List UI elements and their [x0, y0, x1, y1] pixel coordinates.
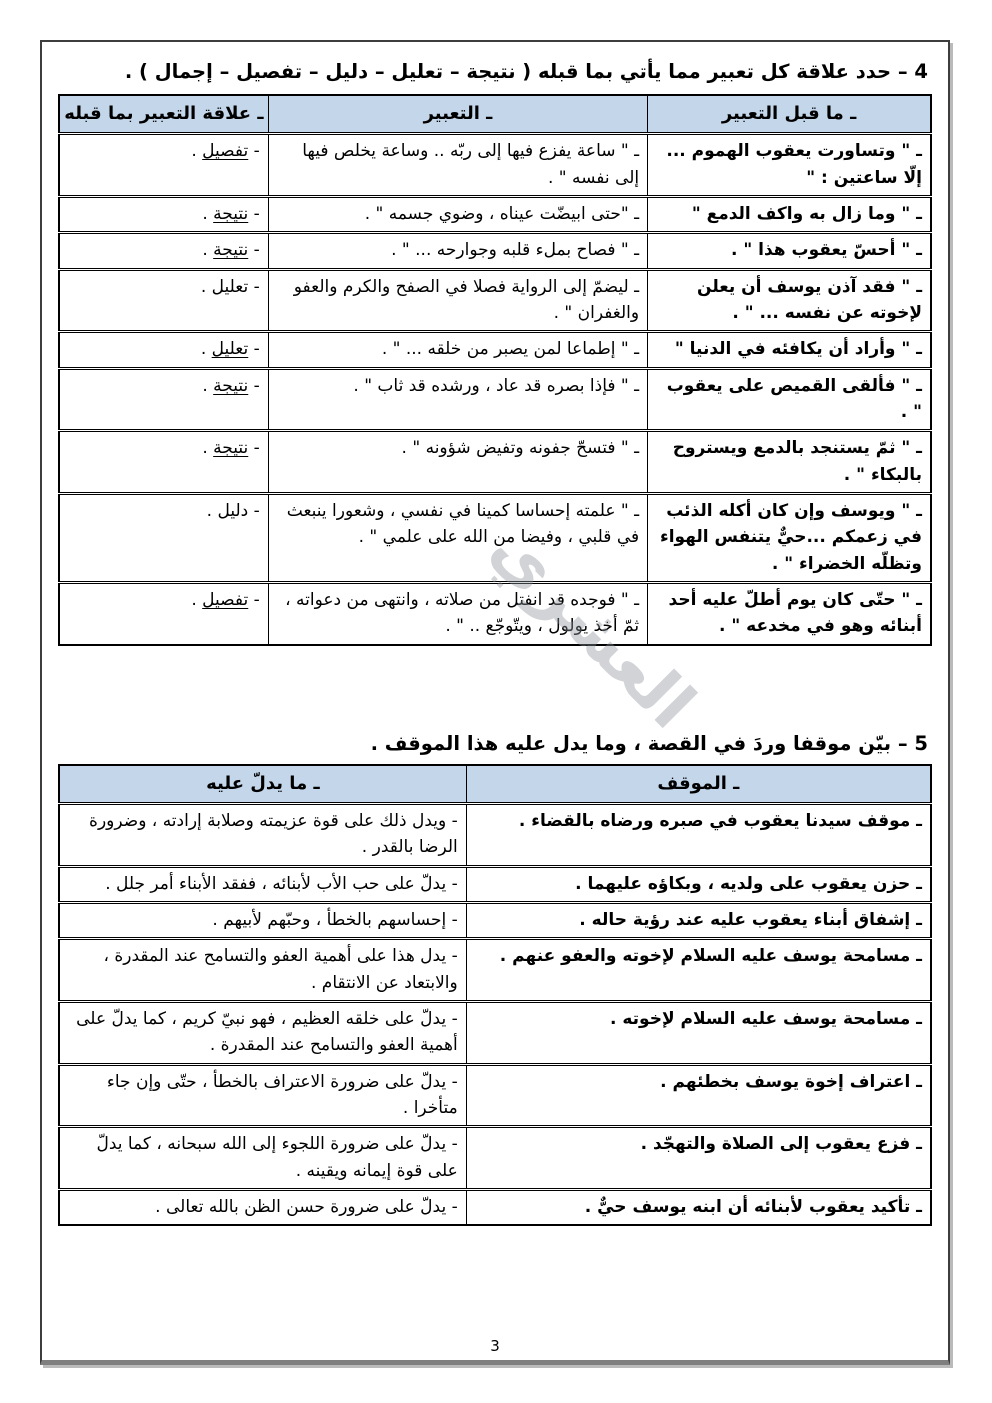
relation-period: .: [201, 339, 212, 359]
table-row: ـ موقف سيدنا يعقوب في صبره ورضاه بالقضاء…: [59, 803, 931, 866]
cell-situation: ـ اعتراف إخوة يوسف بخطئهم .: [466, 1064, 931, 1127]
cell-before: ـ " وتساورت يعقوب الهموم ... إلّا ساعتين…: [648, 134, 931, 197]
page-border: 4 – حدد علاقة كل تعبير مما يأتي بما قبله…: [40, 40, 950, 1365]
cell-before: ـ " فقد آذن يوسف أن يعلن لإخوته عن نفسه …: [648, 269, 931, 332]
situations-table: ـ الموقف ـ ما يدلّ عليه ـ موقف سيدنا يعق…: [58, 764, 932, 1226]
relations-table: ـ ما قبل التعبير ـ التعبير ـ علاقة التعب…: [58, 94, 932, 645]
table-row: ـ حزن يعقوب على ولديه ، وبكاؤه عليهما . …: [59, 866, 931, 902]
cell-situation: ـ حزن يعقوب على ولديه ، وبكاؤه عليهما .: [466, 866, 931, 902]
table-row: ـ " فألقى القميص على يعقوب " . ـ " فإذا …: [59, 368, 931, 431]
cell-expression: ـ " ساعة يفزع فيها إلى ربّه .. وساعة يخل…: [268, 134, 647, 197]
table-row: ـ إشفاق أبناء يعقوب عليه عند رؤية حاله .…: [59, 902, 931, 938]
page-content: 4 – حدد علاقة كل تعبير مما يأتي بما قبله…: [42, 42, 948, 1226]
table-row: ـ " ثمّ يستنجد بالدمع ويستروح بالبكاء " …: [59, 431, 931, 494]
cell-expression: ـ "حتى ابيضّت عيناه ، وضوي جسمه " .: [268, 196, 647, 232]
header-relation: ـ علاقة التعبير بما قبله: [59, 95, 268, 133]
cell-relation: - نتيجة .: [59, 196, 268, 232]
table-row: ـ " وتساورت يعقوب الهموم ... إلّا ساعتين…: [59, 134, 931, 197]
cell-expression: ـ " فإذا بصره قد عاد ، ورشده قد ثاب " .: [268, 368, 647, 431]
cell-relation: - تعليل .: [59, 332, 268, 368]
relation-period: .: [207, 501, 218, 521]
cell-indication: - يدل هذا على أهمية العفو والتسامح عند ا…: [59, 939, 466, 1002]
cell-relation: - تفصيل .: [59, 134, 268, 197]
cell-indication: - يدلّ على خلقه العظيم ، فهو نبيّ كريم ،…: [59, 1001, 466, 1064]
relation-period: .: [191, 141, 202, 161]
cell-relation: - دليل .: [59, 493, 268, 582]
relation-period: .: [191, 590, 202, 610]
relation-word: نتيجة: [213, 376, 248, 396]
table-row: ـ مسامحة يوسف عليه السلام لإخوته . - يدل…: [59, 1001, 931, 1064]
relation-word: نتيجة: [213, 204, 248, 224]
header-indication: ـ ما يدلّ عليه: [59, 765, 466, 803]
cell-indication: - يدلّ على ضرورة حسن الظن بالله تعالى .: [59, 1190, 466, 1226]
relation-word: تعليل: [212, 339, 249, 359]
cell-relation: - تعليل .: [59, 269, 268, 332]
table-row: ـ " وأراد أن يكافئه في الدنيا " ـ " إطما…: [59, 332, 931, 368]
relation-word: تفصيل: [202, 590, 248, 610]
cell-indication: - يدلّ على ضرورة الاعتراف بالخطأ ، حتّى …: [59, 1064, 466, 1127]
cell-indication: - يدلّ على ضرورة اللجوء إلى الله سبحانه …: [59, 1127, 466, 1190]
cell-before: ـ " ويوسف وإن كان أكله الذئب في زعمكم ..…: [648, 493, 931, 582]
relation-period: .: [202, 240, 213, 260]
table-row: ـ اعتراف إخوة يوسف بخطئهم . - يدلّ على ض…: [59, 1064, 931, 1127]
relation-word: نتيجة: [213, 438, 248, 458]
table-row: ـ " ويوسف وإن كان أكله الذئب في زعمكم ..…: [59, 493, 931, 582]
cell-situation: ـ مسامحة يوسف عليه السلام لإخوته والعفو …: [466, 939, 931, 1002]
cell-relation: - نتيجة .: [59, 368, 268, 431]
cell-relation: - نتيجة .: [59, 233, 268, 269]
relation-period: .: [202, 376, 213, 396]
relation-word: دليل: [217, 501, 248, 521]
document-page: { "page_number": "3", "watermark_text": …: [0, 0, 992, 1403]
relation-dash: -: [248, 501, 260, 521]
table-row: ـ مسامحة يوسف عليه السلام لإخوته والعفو …: [59, 939, 931, 1002]
cell-before: ـ " ثمّ يستنجد بالدمع ويستروح بالبكاء " …: [648, 431, 931, 494]
cell-expression: ـ " علمته إحساسا كمينا في نفسي ، وشعورا …: [268, 493, 647, 582]
cell-before: ـ " أحسّ يعقوب هذا " .: [648, 233, 931, 269]
cell-expression: ـ ليضمّ إلى الرواية فصلا في الصفح والكرم…: [268, 269, 647, 332]
table-row: ـ تأكيد يعقوب لأبنائه أن ابنه يوسف حيٌّ …: [59, 1190, 931, 1226]
situations-table-header-row: ـ الموقف ـ ما يدلّ عليه: [59, 765, 931, 803]
cell-situation: ـ موقف سيدنا يعقوب في صبره ورضاه بالقضاء…: [466, 803, 931, 866]
relation-dash: -: [248, 376, 260, 396]
relation-dash: -: [248, 438, 260, 458]
relation-period: .: [202, 438, 213, 458]
relation-dash: -: [248, 339, 260, 359]
table-row: ـ " أحسّ يعقوب هذا " . ـ " فصاح بملء قلب…: [59, 233, 931, 269]
cell-before: ـ " فألقى القميص على يعقوب " .: [648, 368, 931, 431]
header-expression: ـ التعبير: [268, 95, 647, 133]
table-row: ـ " فقد آذن يوسف أن يعلن لإخوته عن نفسه …: [59, 269, 931, 332]
cell-expression: ـ " فوجده قد انفتل من صلاته ، وانتهى من …: [268, 583, 647, 645]
cell-indication: - إحساسهم بالخطأ ، وحبّهم لأبيهم .: [59, 902, 466, 938]
relation-period: .: [201, 277, 212, 297]
header-situation: ـ الموقف: [466, 765, 931, 803]
cell-expression: ـ " فتسحّ جفونه وتفيض شؤونه " .: [268, 431, 647, 494]
relation-word: نتيجة: [213, 240, 248, 260]
relation-word: تعليل: [212, 277, 249, 297]
relation-dash: -: [248, 590, 260, 610]
question-5-title: 5 – بيّن موقفا وردَ في القصة ، وما يدل ع…: [58, 730, 928, 757]
relation-word: تفصيل: [202, 141, 248, 161]
cell-relation: - تفصيل .: [59, 583, 268, 645]
page-number: 3: [42, 1337, 948, 1355]
cell-indication: - يدلّ على حب الأب لأبنائه ، ففقد الأبنا…: [59, 866, 466, 902]
cell-situation: ـ فزع يعقوب إلى الصلاة والتهجّد .: [466, 1127, 931, 1190]
cell-situation: ـ مسامحة يوسف عليه السلام لإخوته .: [466, 1001, 931, 1064]
relation-dash: -: [248, 240, 260, 260]
cell-before: ـ " وما زال به واكف الدمع ": [648, 196, 931, 232]
relation-period: .: [202, 204, 213, 224]
cell-expression: ـ " إطماعا لمن يصبر من خلقه ... " .: [268, 332, 647, 368]
cell-before: ـ " وأراد أن يكافئه في الدنيا ": [648, 332, 931, 368]
header-before-expression: ـ ما قبل التعبير: [648, 95, 931, 133]
cell-indication: - ويدل ذلك على قوة عزيمته وصلابة إرادته …: [59, 803, 466, 866]
cell-situation: ـ تأكيد يعقوب لأبنائه أن ابنه يوسف حيٌّ …: [466, 1190, 931, 1226]
question-4-title: 4 – حدد علاقة كل تعبير مما يأتي بما قبله…: [58, 58, 928, 85]
relation-dash: -: [248, 141, 260, 161]
table-row: ـ " حتّى كان يوم أطلّ عليه أحد أبنائه وه…: [59, 583, 931, 645]
relations-table-header-row: ـ ما قبل التعبير ـ التعبير ـ علاقة التعب…: [59, 95, 931, 133]
cell-relation: - نتيجة .: [59, 431, 268, 494]
table-row: ـ " وما زال به واكف الدمع " ـ "حتى ابيضّ…: [59, 196, 931, 232]
cell-before: ـ " حتّى كان يوم أطلّ عليه أحد أبنائه وه…: [648, 583, 931, 645]
cell-expression: ـ " فصاح بملء قلبه وجوارحه ... " .: [268, 233, 647, 269]
relation-dash: -: [248, 277, 260, 297]
cell-situation: ـ إشفاق أبناء يعقوب عليه عند رؤية حاله .: [466, 902, 931, 938]
relation-dash: -: [248, 204, 260, 224]
table-row: ـ فزع يعقوب إلى الصلاة والتهجّد . - يدلّ…: [59, 1127, 931, 1190]
